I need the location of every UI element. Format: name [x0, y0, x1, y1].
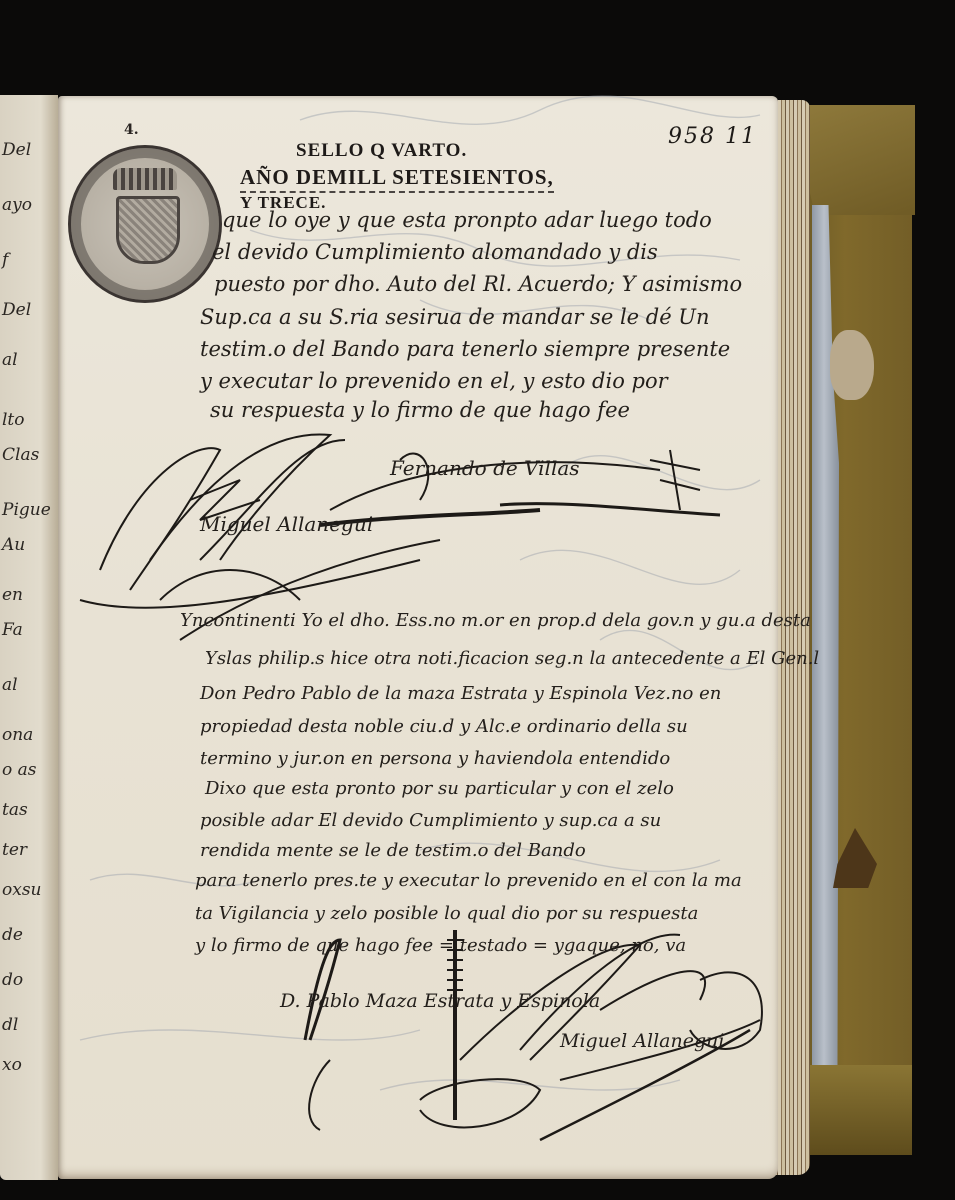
- signature: D. Pablo Maza Estrata y Espinola: [280, 990, 600, 1012]
- signature-flourishes-bottom: [0, 0, 955, 1200]
- signature: Miguel Allanegui: [560, 1030, 724, 1052]
